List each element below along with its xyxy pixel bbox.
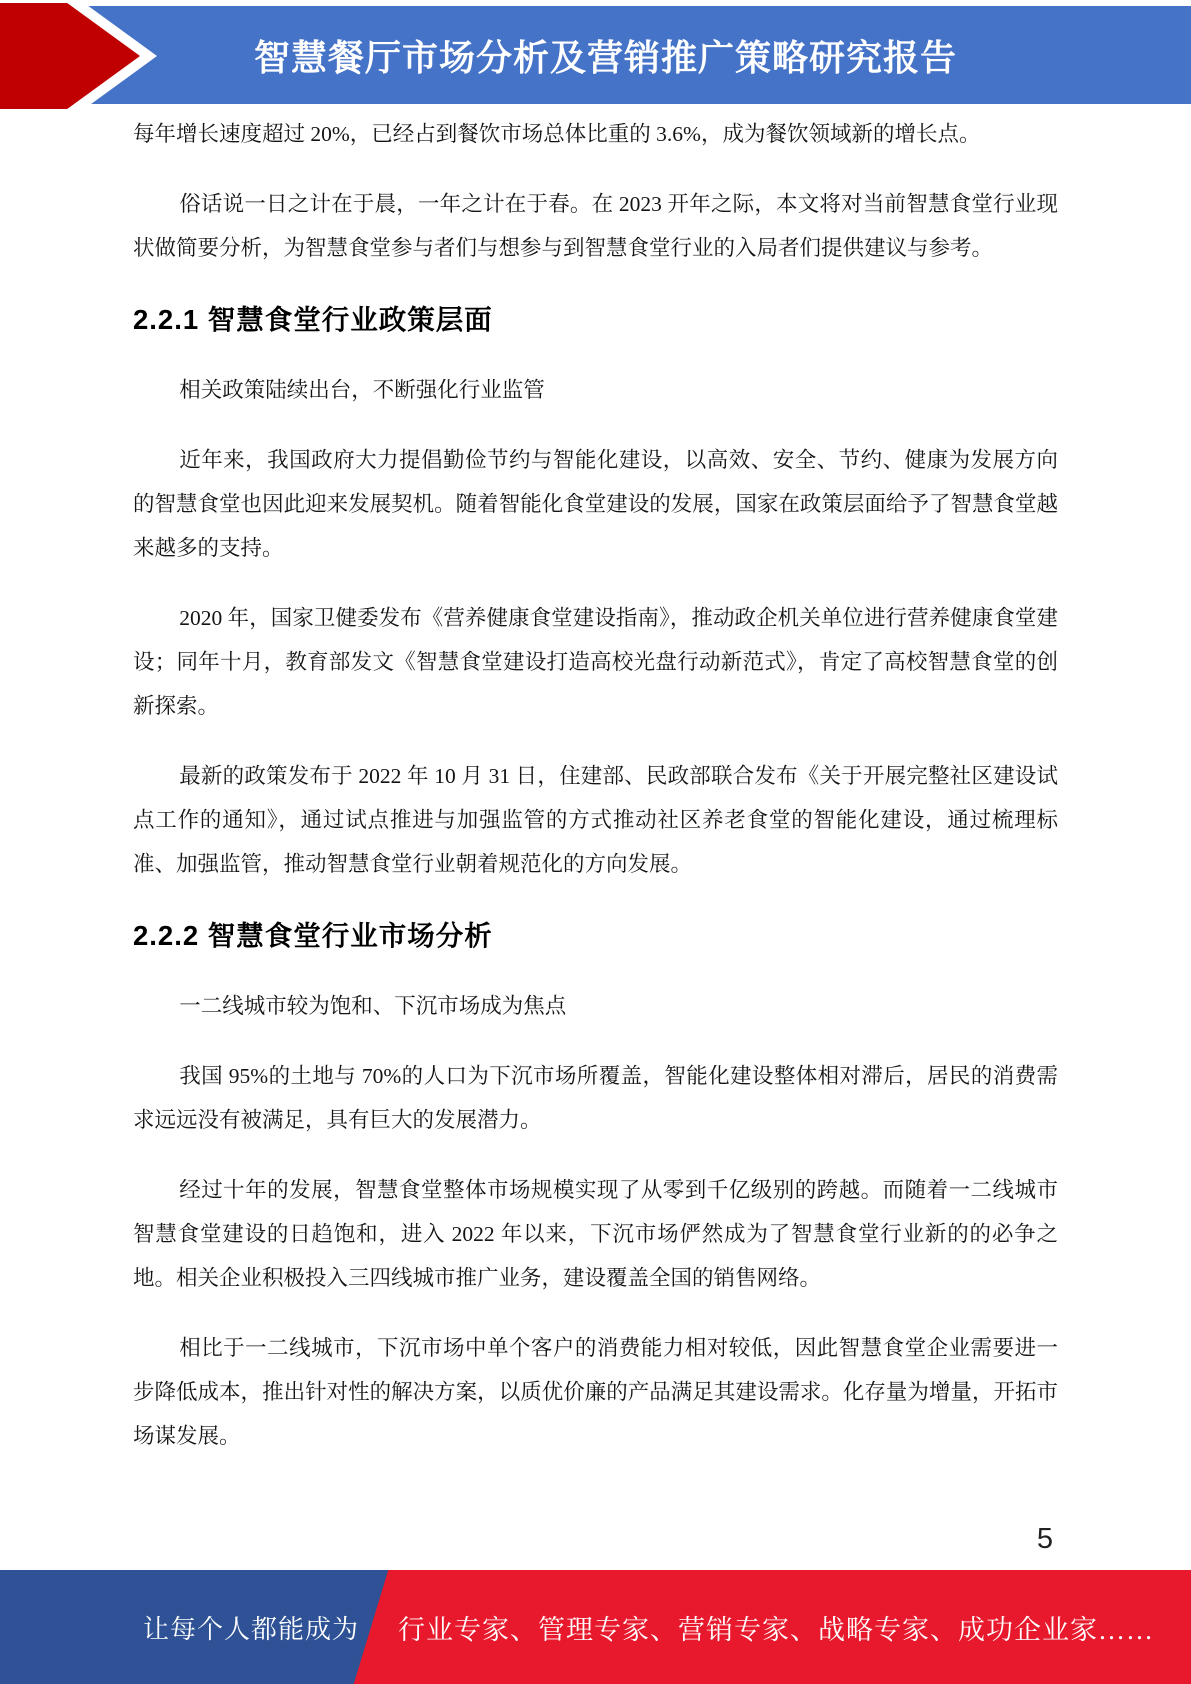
body-paragraph: 俗话说一日之计在于晨，一年之计在于春。在 2023 开年之际，本文将对当前智慧食… [133,182,1058,270]
body-paragraph: 近年来，我国政府大力提倡勤俭节约与智能化建设，以高效、安全、节约、健康为发展方向… [133,438,1058,570]
body-paragraph: 经过十年的发展，智慧食堂整体市场规模实现了从零到千亿级别的跨越。而随着一二线城市… [133,1168,1058,1300]
body-paragraph: 最新的政策发布于 2022 年 10 月 31 日，住建部、民政部联合发布《关于… [133,754,1058,886]
body-paragraph: 每年增长速度超过 20%，已经占到餐饮市场总体比重的 3.6%，成为餐饮领域新的… [133,112,1058,156]
body-paragraph: 相关政策陆续出台，不断强化行业监管 [133,368,1058,412]
footer-slogan-left: 让每个人都能成为 [143,1570,359,1684]
body-paragraph: 2020 年，国家卫健委发布《营养健康食堂建设指南》，推动政企机关单位进行营养健… [133,596,1058,728]
section-heading-2-2-2: 2.2.2 智慧食堂行业市场分析 [133,916,1058,956]
footer-banner: 让每个人都能成为 行业专家、管理专家、营销专家、战略专家、成功企业家…… [0,1570,1191,1684]
section-heading-2-2-1: 2.2.1 智慧食堂行业政策层面 [133,300,1058,340]
footer-slogan-right: 行业专家、管理专家、营销专家、战略专家、成功企业家…… [398,1570,1154,1684]
header-banner: 智慧餐厅市场分析及营销推广策略研究报告 [0,6,1191,104]
page-number: 5 [1037,1523,1053,1556]
document-body: 每年增长速度超过 20%，已经占到餐饮市场总体比重的 3.6%，成为餐饮领域新的… [133,112,1058,1484]
report-title: 智慧餐厅市场分析及营销推广策略研究报告 [0,6,1191,104]
body-paragraph: 一二线城市较为饱和、下沉市场成为焦点 [133,984,1058,1028]
body-paragraph: 相比于一二线城市，下沉市场中单个客户的消费能力相对较低，因此智慧食堂企业需要进一… [133,1326,1058,1458]
body-paragraph: 我国 95%的土地与 70%的人口为下沉市场所覆盖，智能化建设整体相对滞后，居民… [133,1054,1058,1142]
report-page: 智慧餐厅市场分析及营销推广策略研究报告 每年增长速度超过 20%，已经占到餐饮市… [0,0,1191,1684]
